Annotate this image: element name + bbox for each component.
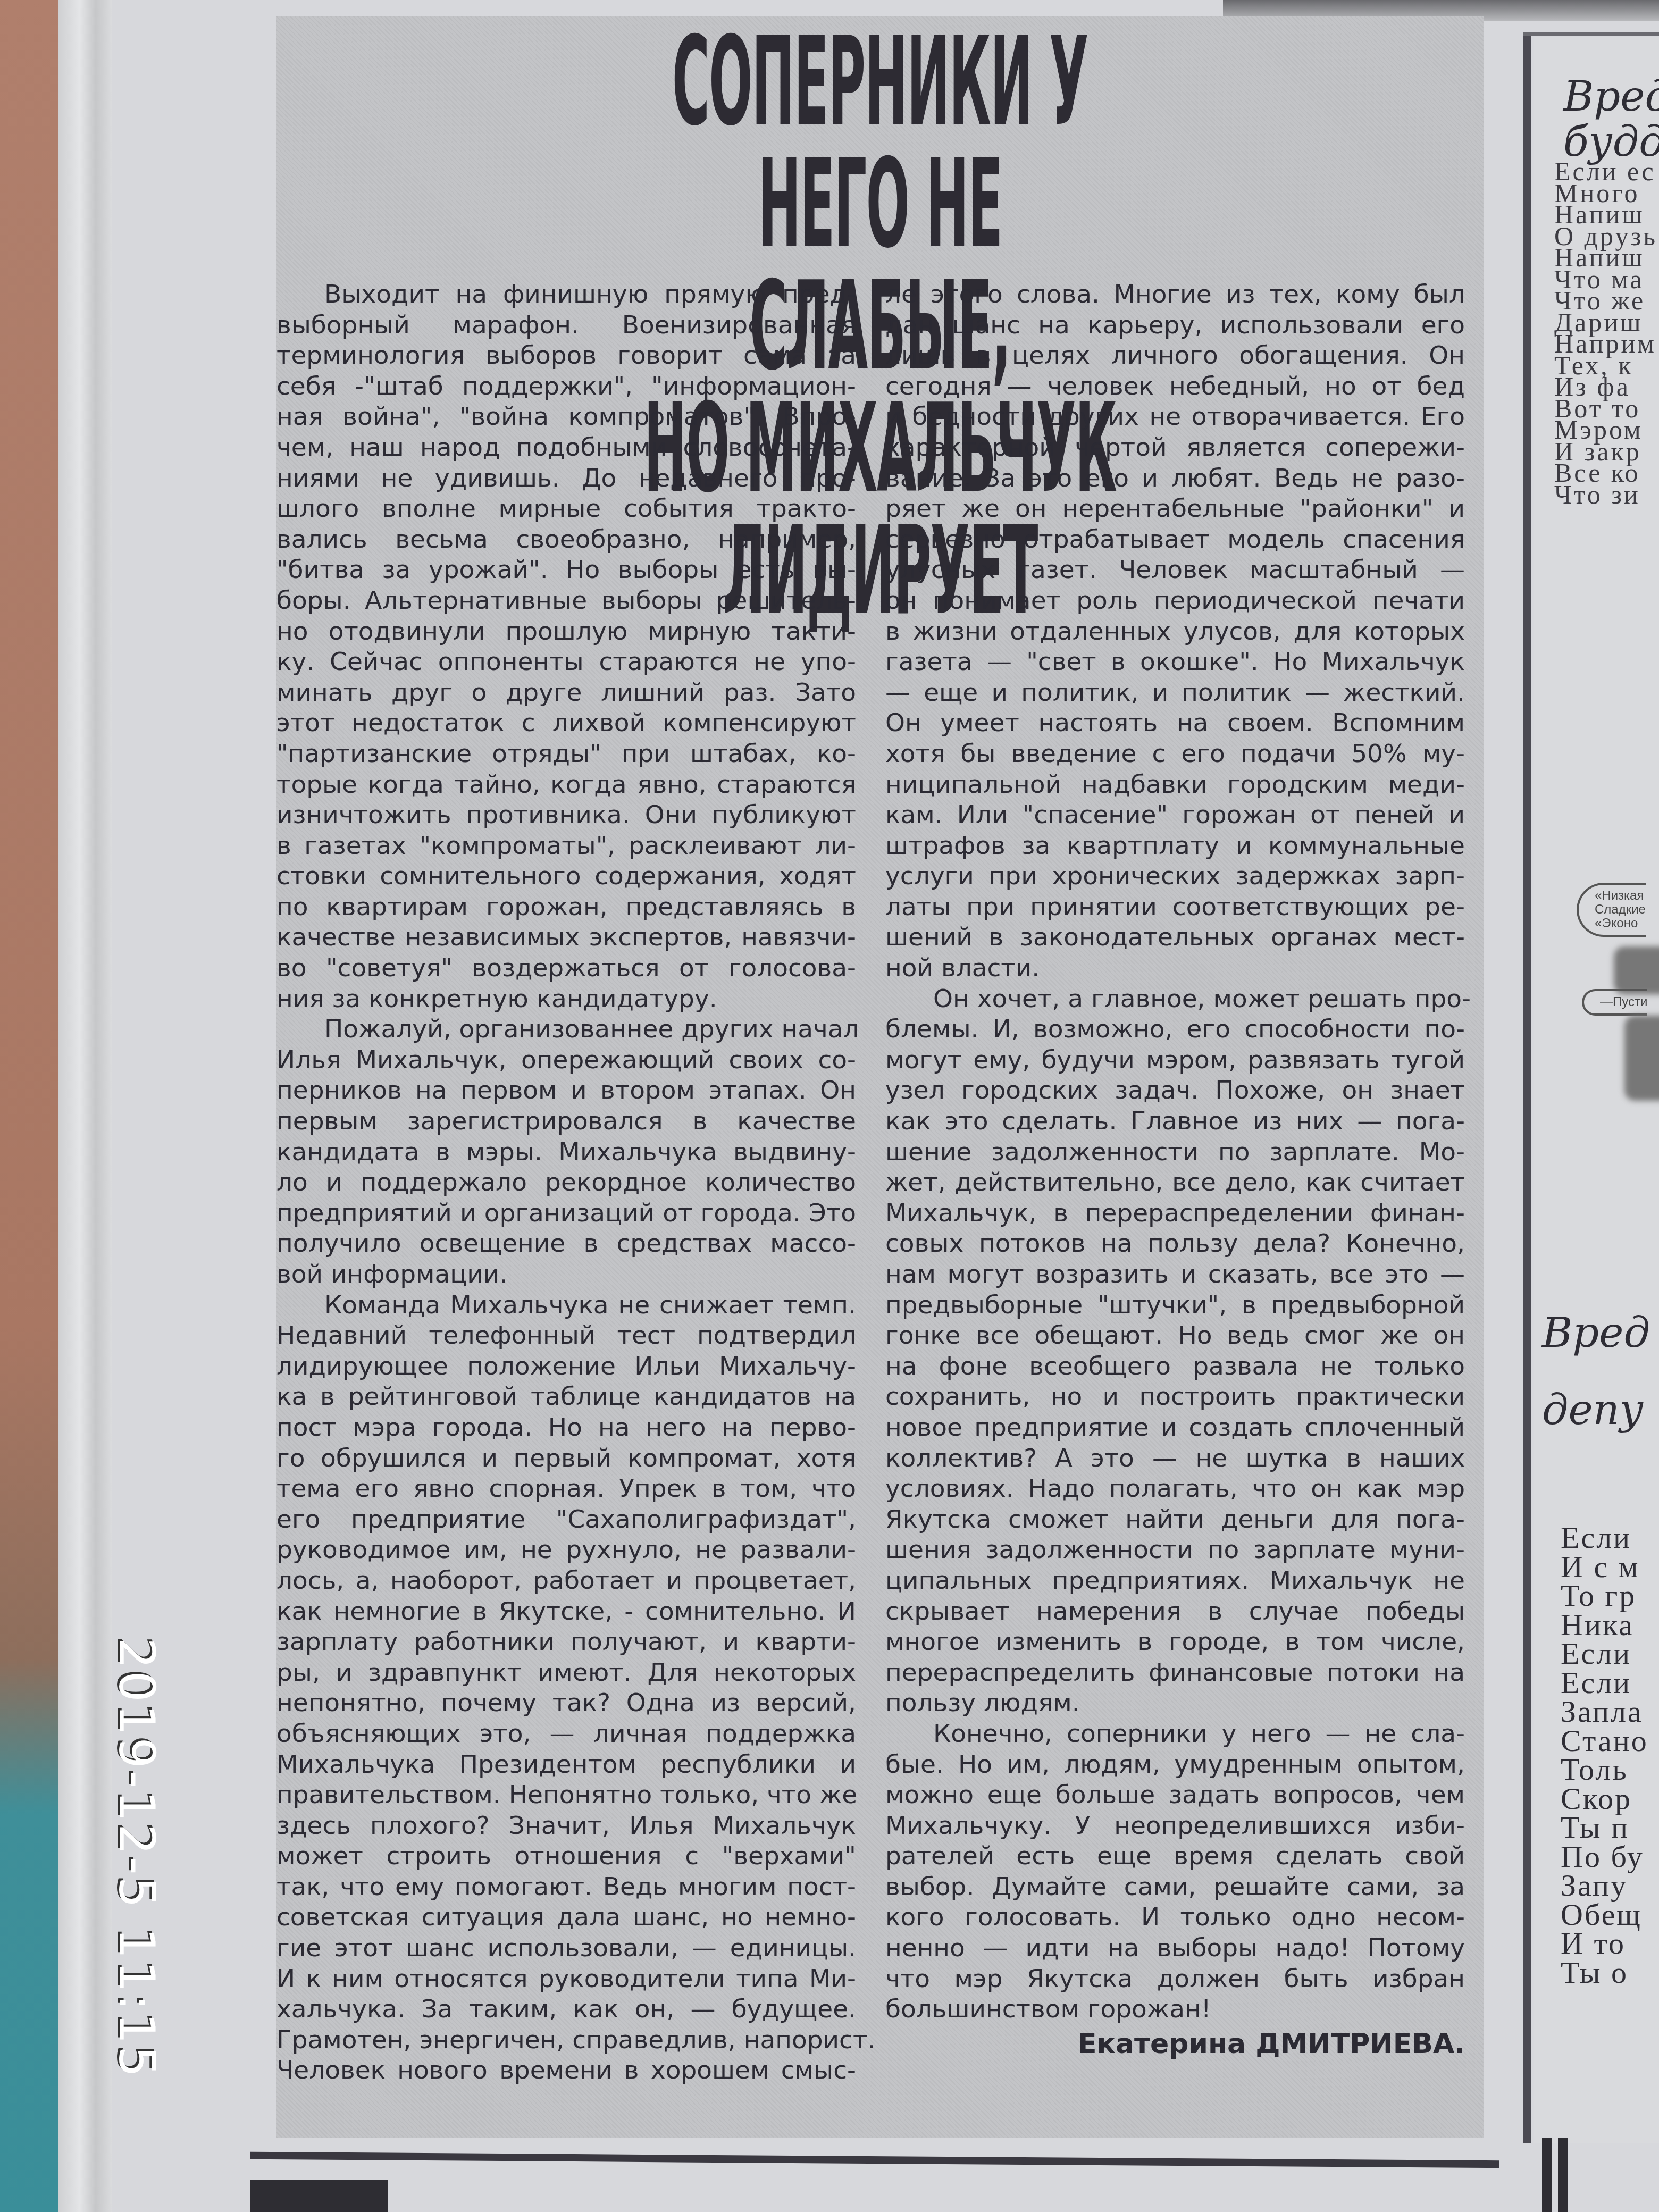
article-text-line: кого голосовать. И только одно несом- [885, 1902, 1465, 1933]
author-byline: Екатерина ДМИТРИЕВА. [885, 2029, 1465, 2060]
timestamp-text: 2019-12-5 11:15 [108, 1638, 165, 2080]
article-text-line: могут ему, будучи мэром, развязать тугой [885, 1045, 1465, 1076]
article-text-line: лидирующее положение Ильи Михальчу- [276, 1351, 856, 1382]
article-text-line: здесь плохого? Значит, Илья Михальчук [276, 1811, 856, 1841]
article-text-line: можно еще больше задать вопросов, чем [885, 1780, 1465, 1811]
poem-line: Скор [1561, 1784, 1648, 1814]
article-text-line: ная война", "война компроматов". Впро- [276, 401, 856, 432]
article-text-line: качестве независимых экспертов, навязчи- [276, 922, 856, 953]
article-text-line: Михальчук, в перераспределении финан- [885, 1198, 1465, 1229]
article-text-line: и бедности других не отворачивается. Его [885, 401, 1465, 432]
article-text-line: Он умеет настоять на своем. Вспомним [885, 708, 1465, 739]
article-text-line: так, что ему помогают. Ведь многим пост- [276, 1872, 856, 1903]
article-text-line: первым зарегистрировался в качестве [276, 1106, 856, 1137]
article-text-line: пост мэра города. Но на него на перво- [276, 1412, 856, 1443]
cartoon-drawing [1614, 946, 1659, 994]
poem-line: Стано [1561, 1727, 1648, 1756]
article-text-line: этот недостаток с лихвой компенсируют [276, 708, 856, 739]
article-text-line: коллектив? А это — не шутка в наших [885, 1443, 1465, 1474]
side-column-border [1523, 32, 1531, 2143]
article-text-line: ной власти. [885, 953, 1465, 984]
article-text-line: вой информации. [276, 1259, 856, 1290]
side-title-2: Вред депу [1542, 1311, 1650, 1433]
article-text-line: Выходит на финишную прямую пред- [276, 279, 856, 310]
poem-line: Ника [1561, 1611, 1648, 1640]
photo-timestamp: 2019-12-5 11:15 [53, 1638, 191, 2148]
poem-line: И то [1561, 1929, 1648, 1958]
article-text-line: бые. Но им, людям, умудренным опытом, [885, 1749, 1465, 1780]
article-text-line: шлого вполне мирные события тракто- [276, 493, 856, 524]
article-text-line: он понимает роль периодической печати [885, 585, 1465, 616]
article-text-line: шений в законодательных органах мест- [885, 922, 1465, 953]
article-text-line: штрафов за квартплату и коммунальные [885, 831, 1465, 861]
article-column-right: ле этого слова. Многие из тех, кому былд… [885, 279, 1465, 2059]
article-text-line: большинством горожан! [885, 1994, 1465, 2025]
article-text-line: шения задолженности по зарплате муни- [885, 1535, 1465, 1565]
article-text-line: узел городских задач. Похоже, он знает [885, 1075, 1465, 1106]
cartoon-speech-bubble-2: —Пусти [1582, 989, 1647, 1016]
article-text-line: Команда Михальчука не снижает темп. [276, 1290, 856, 1321]
article-text-line: улусных газет. Человек масштабный — [885, 555, 1465, 585]
article-text-line: как это сделать. Главное из них — пога- [885, 1106, 1465, 1137]
article-text-line: его предприятие "Сахаполиграфиздат", [276, 1504, 856, 1535]
article-text-line: Недавний телефонный тест подтвердил [276, 1320, 856, 1351]
bottom-bar-1 [1542, 2138, 1552, 2212]
article-text-line: И к ним относятся руководители типа Ми- [276, 1964, 856, 1995]
article-text-line: дан шанс на карьеру, использовали его [885, 310, 1465, 341]
article-text-line: может строить отношения с "верхами" [276, 1841, 856, 1872]
cartoon-speech-bubble-1: «Низкая Сладкие «Эконо [1577, 883, 1646, 937]
article-text-line: себя -"штаб поддержки", "информацион- [276, 371, 856, 402]
article-text-line: ниципальной надбавки городским меди- [885, 769, 1465, 800]
article-text-line: гие этот шанс использовали, — единицы. [276, 1933, 856, 1964]
article-text-line: Пожалуй, организованнее других начал [276, 1014, 856, 1045]
article-text-line: ку. Сейчас оппоненты стараются не упо- [276, 647, 856, 677]
article-text-line: правительством. Непонятно только, что же [276, 1780, 856, 1811]
article-text-line: ния за конкретную кандидатуру. [276, 984, 856, 1015]
article-text-line: новое предприятие и создать сплоченный [885, 1412, 1465, 1443]
article-text-line: перераспределить финансовые потоки на [885, 1657, 1465, 1688]
poem-line: Запла [1561, 1697, 1648, 1727]
article-text-line: получило освещение в средствах массо- [276, 1228, 856, 1259]
article-text-line: ка в рейтинговой таблице кандидатов на [276, 1381, 856, 1412]
poem-line: Ты о [1561, 1958, 1648, 1988]
article-text-line: лось, а, наоборот, работает и процветает… [276, 1565, 856, 1596]
article-text-line: скрывает намерения в случае победы [885, 1596, 1465, 1627]
article-text-line: жет, действительно, все дело, как считае… [885, 1167, 1465, 1198]
article-text-line: Якутска сможет найти деньги для пога- [885, 1504, 1465, 1535]
article-text-line: услуги при хронических задержках зарп- [885, 861, 1465, 892]
article-text-line: выборный марафон. Военизированная [276, 310, 856, 341]
article-text-line: блемы. И, возможно, его способности по- [885, 1014, 1465, 1045]
article-text-line: минать друг о друге лишний раз. Зато [276, 677, 856, 708]
article-text-line: Человек нового времени в хорошем смыс- [276, 2055, 856, 2086]
article-text-line: рателей есть еще время сделать свой [885, 1841, 1465, 1872]
article-text-line: шение задолженности по зарплате. Мо- [885, 1137, 1465, 1168]
article-text-line: совых потоков на пользу дела? Конечно, [885, 1228, 1465, 1259]
article-text-line: во "советуя" воздержаться от голосова- [276, 953, 856, 984]
article-text-line: советская ситуация дала шанс, но немно- [276, 1902, 856, 1933]
poem-line: Ты п [1561, 1813, 1648, 1842]
article-text-line: как немногие в Якутске, - сомнительно. И [276, 1596, 856, 1627]
article-text-line: предприятий и организаций от города. Это [276, 1198, 856, 1229]
article-text-line: нам могут возразить и сказать, все это — [885, 1259, 1465, 1290]
poem-line: Толь [1561, 1755, 1648, 1784]
article-text-line: лишь в целях личного обогащения. Он [885, 340, 1465, 371]
article-text-line: серьезно отрабатывает модель спасения [885, 524, 1465, 555]
article-text-line: кандидата в мэры. Михальчука выдвину- [276, 1137, 856, 1168]
article-text-line: перников на первом и втором этапах. Он [276, 1075, 856, 1106]
article-text-line: "партизанские отряды" при штабах, ко- [276, 739, 856, 769]
article-text-line: тема его явно спорная. Упрек в том, что [276, 1473, 856, 1504]
article-text-line: боры. Альтернативные выборы решитель- [276, 585, 856, 616]
side-column: Вред будд Если есМногоНапишО друзьНапишЧ… [1534, 37, 1659, 2143]
article-text-line: хотя бы введение с его подачи 50% му- [885, 739, 1465, 769]
article-text-line: ле этого слова. Многие из тех, кому был [885, 279, 1465, 310]
poem-line: Если [1561, 1639, 1648, 1669]
article-text-line: непонятно, почему так? Одна из версий, [276, 1688, 856, 1719]
article-text-line: гонке все обещают. Но ведь смог же он [885, 1320, 1465, 1351]
article-text-line: характерной чертой является сопережи- [885, 432, 1465, 463]
article-text-line: го обрушился и первый компромат, хотя [276, 1443, 856, 1474]
article-text-line: Он хочет, а главное, может решать про- [885, 984, 1465, 1015]
article-text-line: Грамотен, энергичен, справедлив, напорис… [276, 2025, 856, 2056]
article-text-line: руководимое им, не рухнуло, не развали- [276, 1535, 856, 1565]
article-text-line: изничтожить противника. Они публикуют [276, 800, 856, 831]
article-text-line: — еще и политик, и политик — жесткий. [885, 677, 1465, 708]
article-text-line: терминология выборов говорит сама за [276, 340, 856, 371]
article-text-line: многое изменить в городе, в том числе, [885, 1627, 1465, 1657]
article-text-line: что мэр Якутска должен быть избран [885, 1964, 1465, 1995]
article-text-line: но отодвинули прошлую мирную такти- [276, 616, 856, 647]
article-text-line: Илья Михальчук, опережающий своих со- [276, 1045, 856, 1076]
article-text-line: сегодня — человек небедный, но от бед [885, 371, 1465, 402]
article-text-line: Михальчуку. У неопределившихся изби- [885, 1811, 1465, 1841]
poem-line: Запу [1561, 1871, 1648, 1900]
article-text-line: ненно — идти на выборы надо! Потому [885, 1933, 1465, 1964]
article-box: СОПЕРНИКИ У НЕГО НЕ СЛАБЫЕ, НО МИХАЛЬЧУК… [276, 16, 1484, 2138]
article-text-line: сохранить, но и построить практически [885, 1381, 1465, 1412]
article-text-line: хальчука. За таким, как он, — будущее. [276, 1994, 856, 2025]
article-text-line: в газетах "компроматы", расклеивают ли- [276, 831, 856, 861]
article-text-line: ряет же он нерентабельные "районки" и [885, 493, 1465, 524]
side-poem-1: Если есМногоНапишО друзьНапишЧто маЧто ж… [1554, 161, 1657, 505]
article-text-line: стовки сомнительного содержания, ходят [276, 861, 856, 892]
next-article-image [250, 2180, 388, 2212]
article-text-line: на фоне всеобщего развала не только [885, 1351, 1465, 1382]
article-text-line: ло и поддержало рекордное количество [276, 1167, 856, 1198]
article-text-line: Михальчука Президентом республики и [276, 1749, 856, 1780]
article-text-line: ры, и здравпункт имеют. Для некоторых [276, 1657, 856, 1688]
poem-line: Если [1561, 1669, 1648, 1698]
article-text-line: "битва за урожай". Но выборы есть вы- [276, 555, 856, 585]
article-text-line: Конечно, соперники у него — не сла- [885, 1719, 1465, 1749]
bottom-bar-2 [1558, 2138, 1568, 2212]
poem-line: То гр [1561, 1581, 1648, 1611]
article-text-line: вание. За это его и любят. Ведь не разо- [885, 463, 1465, 494]
article-text-line: латы при принятии соответствующих ре- [885, 892, 1465, 923]
article-text-line: предвыборные "штучки", в предвыборной [885, 1290, 1465, 1321]
article-text-line: торые когда тайно, когда явно, стараются [276, 769, 856, 800]
side-column-top-border [1523, 32, 1659, 36]
poem-line: Обещ [1561, 1900, 1648, 1930]
article-text-line: условиях. Надо полагать, что он как мэр [885, 1473, 1465, 1504]
article-text-line: вались весьма своеобразно, например, [276, 524, 856, 555]
poem-line: Что зи [1554, 484, 1657, 506]
poem-line: И с м [1561, 1553, 1648, 1582]
poem-line: По бу [1561, 1842, 1648, 1872]
article-text-line: ниями не удивишь. До недавнего про- [276, 463, 856, 494]
article-text-line: зарплату работники получают, и кварти- [276, 1627, 856, 1657]
article-text-line: газета — "свет в окошке". Но Михальчук [885, 647, 1465, 677]
article-text-line: выбор. Думайте сами, решайте сами, за [885, 1872, 1465, 1903]
side-poem-2: ЕслиИ с мТо грНикаЕслиЕслиЗаплаСтаноТоль… [1561, 1523, 1648, 1987]
poem-line: Если [1561, 1523, 1648, 1553]
article-column-left: Выходит на финишную прямую пред-выборный… [276, 279, 856, 2086]
article-text-line: пользу людям. [885, 1688, 1465, 1719]
article-text-line: в жизни отдаленных улусов, для которых [885, 616, 1465, 647]
article-text-line: кам. Или "спасение" горожан от пеней и [885, 800, 1465, 831]
article-text-line: ципальных предприятиях. Михальчук не [885, 1565, 1465, 1596]
article-text-line: объясняющих это, — личная поддержка [276, 1719, 856, 1749]
side-title-1: Вред будд [1563, 74, 1659, 165]
cartoon-figure [1624, 1016, 1659, 1101]
article-text-line: чем, наш народ подобными словосочета- [276, 432, 856, 463]
article-text-line: по квартирам горожан, представляясь в [276, 892, 856, 923]
